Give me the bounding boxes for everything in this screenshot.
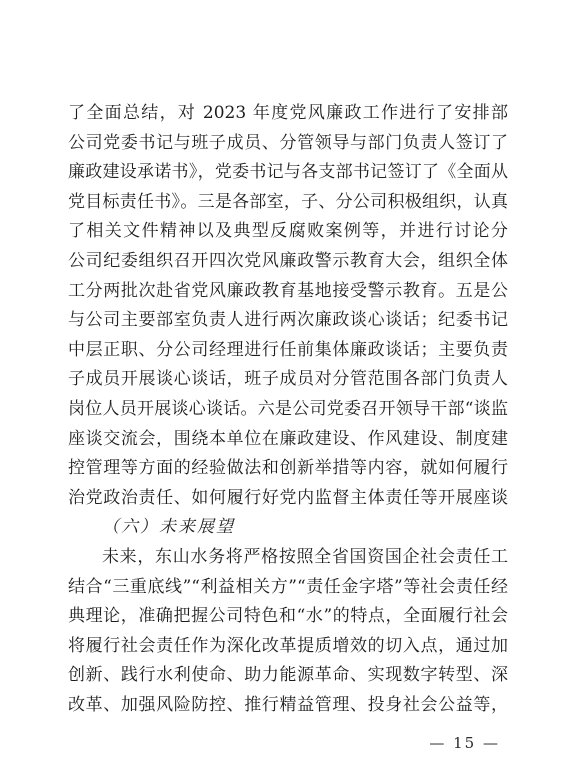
text-line: 工分两批次赴省党风廉政教育基地接受警示教育。五是公司纪委	[68, 277, 508, 307]
text-line: 未来，东山水务将严格按照全省国资国企社会责任工作部署，	[68, 543, 508, 573]
text-line: 公司党委书记与班子成员、分管领导与部门负责人签订了《党风	[68, 129, 508, 159]
text-line: 典理论，准确把握公司特色和“水”的特点，全面履行社会责任。	[68, 602, 508, 632]
text-line: 治党政治责任、如何履行好党内监督主体责任等开展座谈交流。	[68, 484, 508, 514]
text-line: 与公司主要部室负责人进行两次廉政谈心谈话；纪委书记与新任	[68, 306, 508, 336]
text-line: 廉政建设承诺书》，党委书记与各支部书记签订了《全面从严治	[68, 158, 508, 188]
text-line: 了全面总结，对 2023 年度党风廉政工作进行了安排部署。二是	[68, 99, 508, 129]
text-line: 岗位人员开展谈心谈话。六是公司党委召开领导干部“谈监督”	[68, 395, 508, 425]
text-line: 子成员开展谈心谈话，班子成员对分管范围各部门负责人和重点	[68, 365, 508, 395]
text-line: 座谈交流会，围绕本单位在廉政建设、作风建设、制度建设、内	[68, 425, 508, 455]
document-page: 了全面总结，对 2023 年度党风廉政工作进行了安排部署。二是 公司党委书记与班…	[0, 0, 574, 779]
section-heading: （六）未来展望	[68, 513, 508, 543]
text-line: 控管理等方面的经验做法和创新举措等内容，就如何履行好管党	[68, 454, 508, 484]
text-line: 将履行社会责任作为深化改革提质增效的切入点，通过加快科技	[68, 632, 508, 662]
page-number: — 15 —	[429, 733, 500, 753]
text-line: 了相关文件精神以及典型反腐败案例等，并进行讨论分析；四是	[68, 217, 508, 247]
text-line: 结合“三重底线”“利益相关方”“责任金字塔”等社会责任经	[68, 573, 508, 603]
text-line: 公司纪委组织召开四次党风廉政警示教育大会，组织全体干部职	[68, 247, 508, 277]
text-line: 中层正职、分公司经理进行任前集体廉政谈话；主要负责人对班	[68, 336, 508, 366]
text-line: 创新、践行水利使命、助力能源革命、实现数字转型、深化企业	[68, 661, 508, 691]
text-line: 改革、加强风险防控、推行精益管理、投身社会公益等，使东山	[68, 691, 508, 721]
text-line: 党目标责任书》。三是各部室，子、分公司积极组织，认真学习	[68, 188, 508, 218]
document-text-block: 了全面总结，对 2023 年度党风廉政工作进行了安排部署。二是 公司党委书记与班…	[68, 99, 508, 720]
